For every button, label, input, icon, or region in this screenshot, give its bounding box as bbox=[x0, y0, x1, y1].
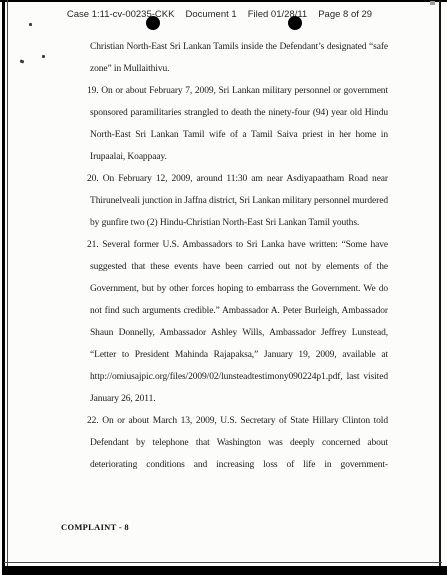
scan-speck bbox=[29, 23, 32, 26]
footer-page-label: COMPLAINT - 8 bbox=[61, 522, 129, 532]
page-border-bottom-thin bbox=[4, 562, 442, 563]
black-dot-stamp-icon bbox=[146, 16, 160, 30]
paragraph-20-text: On February 12, 2009, around 11:30 am ne… bbox=[90, 174, 388, 228]
paragraph-22: 22. On or about March 13, 2009, U.S. Sec… bbox=[90, 410, 388, 476]
paragraph-19: 19. On or about February 7, 2009, Sri La… bbox=[90, 80, 388, 168]
scanned-document-page: Case 1:11-cv-00235-CKK Document 1 Filed … bbox=[0, 0, 447, 575]
page-border-left-outer bbox=[2, 0, 5, 575]
page-border-top bbox=[0, 0, 447, 2]
black-dot-stamp-icon bbox=[288, 16, 302, 30]
paragraph-21: 21. Several former U.S. Ambassadors to S… bbox=[90, 234, 388, 410]
scan-speck bbox=[42, 55, 45, 58]
paragraph-22-number: 22. bbox=[87, 416, 99, 426]
page-border-right bbox=[439, 0, 441, 575]
case-stamp-header: Case 1:11-cv-00235-CKK Document 1 Filed … bbox=[0, 9, 439, 20]
scan-speck bbox=[20, 59, 25, 63]
paragraph-19-number: 19. bbox=[87, 86, 99, 96]
paragraph-19-text: On or about February 7, 2009, Sri Lankan… bbox=[90, 86, 388, 162]
page-border-left-inner bbox=[7, 0, 8, 575]
document-number-label: Document 1 bbox=[185, 9, 236, 20]
page-indicator-label: Page 8 of 29 bbox=[318, 9, 372, 20]
paragraph-20: 20. On February 12, 2009, around 11:30 a… bbox=[90, 168, 388, 234]
paragraph-18-continuation: Christian North-East Sri Lankan Tamils i… bbox=[90, 36, 388, 80]
paragraph-21-text: Several former U.S. Ambassadors to Sri L… bbox=[90, 240, 388, 404]
paragraph-22-text: On or about March 13, 2009, U.S. Secreta… bbox=[90, 416, 388, 470]
paragraph-20-number: 20. bbox=[87, 174, 99, 184]
paragraph-21-number: 21. bbox=[87, 240, 99, 250]
page-border-bottom-thick bbox=[2, 566, 447, 575]
scan-artifact-mark bbox=[430, 1, 435, 5]
complaint-body: Christian North-East Sri Lankan Tamils i… bbox=[90, 36, 388, 476]
